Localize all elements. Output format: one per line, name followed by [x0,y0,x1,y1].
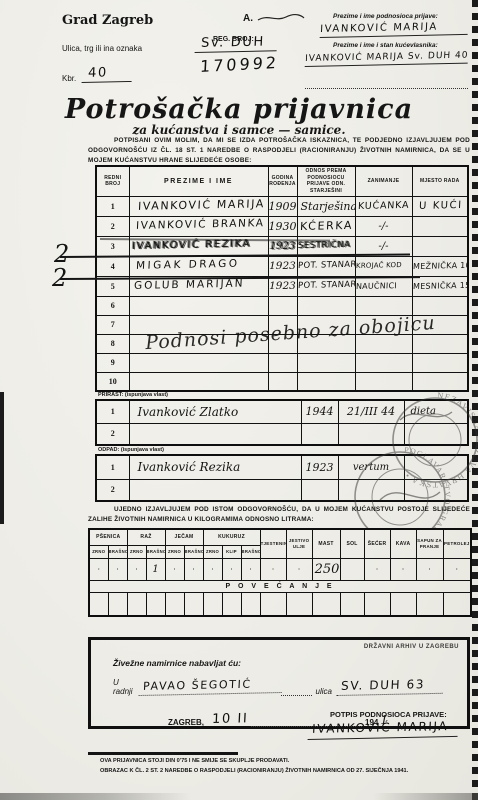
person-year: 1923 [269,241,297,252]
group-raz: RAŽ [127,529,165,545]
applicant-label: Prezime i ime podnosioca prijave: [333,13,438,20]
shop-value: PAVAO ŠEGOTIĆ [138,677,281,696]
person-year: 1923 [269,260,297,272]
val-jecam-zrno: · [165,558,184,580]
supplies-table: PŠENICA RAŽ JEČAM KUKURUZ TJESTENINE JES… [88,528,472,617]
person-name: IVANKOVIĆ BRANKA [129,217,268,232]
archive-stamp-text: DRŽAVNI ARHIV U ZAGREBU [364,644,459,650]
leader-line [281,685,311,696]
col-mast: MAST [312,529,340,558]
street-label: Ulica, trg ili ina oznaka [62,44,142,53]
col-petrolej: PETROLEJ [443,529,471,558]
signature-value: IVANKOVIĆ MARIJA [308,719,459,740]
person-relation: Starješina [298,200,355,213]
person-row-1: 1 IVANKOVIĆ MARIJA 1909 Starješina KUĆAN… [96,196,468,216]
col-rednibroj: REDNI BROJ [96,166,129,196]
person-year: 1923 [269,280,297,292]
person-workplace: MEŽNIČKA 10 [412,260,467,270]
kbr-label: Kbr. [62,74,76,83]
val-kava: · [390,558,416,580]
sub-brasno: BRAŠNO [108,545,127,558]
form-subtitle: za kućanstva i samce — samice. [0,123,478,137]
val-raz-zrno: · [127,558,146,580]
street2-label: ulica [316,687,332,696]
person-occupation: -/- [356,221,412,232]
sub-zrno: ZRNO [127,545,146,558]
person-name: IVANKOVIĆ MARIJA [129,197,268,213]
signature-label: POTPIS PODNOSIOCA PRIJAVE: [330,710,447,719]
row-num: 7 [96,315,129,334]
supplies-values-row: · · · 1 · · · · · · · 250 · · · · [89,558,471,580]
person-row-2: 2 IVANKOVIĆ BRANKA 1930 KĆERKA -/- [96,216,468,236]
footer-rule [88,752,238,755]
fine-print-1: OVA PRIJAVNICA STOJI DIN 0'75 I NE SMIJE… [100,758,470,764]
row-num: 2 [96,479,129,501]
row-num: 1 [96,196,129,216]
row-num: 6 [96,296,129,315]
sub-brasno: BRAŠNO [146,545,165,558]
row-num: 2 [96,423,129,445]
odpad-label: ODPAD: (ispunjava vlast) [98,447,164,454]
val-psenica-zrno: · [89,558,108,580]
col-sol: SOL [340,529,364,558]
val-jestivo-ulje: · [286,558,312,580]
col-prezimeiime: PREZIME I IME [129,166,268,196]
col-kava: KAVA [390,529,416,558]
person-year: 1930 [269,220,297,233]
povecanje-label: P O V E Ć A N J E [89,580,471,592]
person-row-4: 4 MIGAK DRAGO 1923 POT. STANAR KROJAČ KO… [96,256,468,276]
form-title: Potrošačka prijavnica [0,94,478,125]
person-workplace [412,236,468,256]
group-kukuruz: KUKURUZ [203,529,260,545]
street2-value: SV. DUH 63 [337,677,444,696]
odpad-name: Ivanković Rezika [130,460,301,474]
person-occupation: -/- [356,241,412,252]
val-kukuruz-zrno: · [203,558,222,580]
person-relation: KĆERKA [297,218,355,232]
val-psenica-brasno: · [108,558,127,580]
owner-blank-line [305,88,468,89]
col-odnos: ODNOS PREMA PODNOSIOCU PRIJAVE ODN. STAR… [297,166,355,196]
person-name: MIGAK DRAGO [129,257,268,272]
person-relation: POT. STANAR [297,260,354,271]
col-godina: GODINA ROĐENJA [268,166,297,196]
row-num: 4 [96,256,129,276]
row-num: 10 [96,372,129,391]
persons-header-row: REDNI BROJ PREZIME I IME GODINA ROĐENJA … [96,166,468,196]
val-secer: · [364,558,390,580]
col-jestivo-ulje: JESTIVO ULJE [286,529,312,558]
val-raz-brasno: 1 [147,564,165,575]
scanned-form-page: Grad Zagreb Ulica, trg ili ina oznaka Sv… [0,0,478,800]
date-value: 10 II [212,711,249,727]
sub-zrno: ZRNO [89,545,108,558]
reg-broj-value: 170992 [200,53,280,76]
val-mast: 250 [313,562,340,577]
owner-label: Prezime i ime i stan kućevlasnika: [333,42,438,49]
person-occupation: NAUČNICI [355,280,411,290]
row-num: 2 [96,216,129,236]
col-secer: ŠEĆER [364,529,390,558]
owner-value: IVANKOVIĆ MARIJA Sv. DUH 40 [305,51,469,67]
person-workplace: MESNIČKA 15 [412,280,467,290]
val-sol [340,558,364,580]
col-tjestenine: TJESTENINE [260,529,286,558]
val-petrolej: · [443,558,471,580]
shop-label: U radnji [113,678,133,696]
row-num: 8 [96,334,129,353]
supplies-group-header-row: PŠENICA RAŽ JEČAM KUKURUZ TJESTENINE JES… [89,529,471,545]
sub-zrno: ZRNO [203,545,222,558]
prirast-label: PRIRAST: (ispunjava vlast) [98,392,168,399]
declaration-text: POTPISANI OVIM MOLIM, DA MI SE IZDA POTR… [88,136,470,166]
person-occupation: KROJAČ KOD [355,261,411,270]
row-num: 9 [96,353,129,372]
series-letter: A. [243,13,253,24]
col-mjestorada: MJESTO RADA [412,166,468,196]
val-sapun: · [416,558,443,580]
sub-brasno: BRAŠNO [241,545,260,558]
val-kukuruz-brasno: · [241,558,260,580]
povecanje-row: P O V E Ć A N J E [89,580,471,592]
supplies-empty-row [89,592,471,616]
purchase-line: U radnji PAVAO ŠEGOTIĆ ulica SV. DUH 63 [113,678,443,696]
scan-bottom-edge-artifact [0,793,478,800]
person-workplace: U KUĆI [412,199,467,211]
row-num: 1 [96,400,129,423]
sub-brasno: BRAŠNO [184,545,203,558]
col-sapun: SAPUN ZA PRANJE [416,529,443,558]
row-num: 1 [96,455,129,479]
fine-print-2: OBRAZAC K ČL. 2 ST. 2 NAREDBE O RASPODJE… [100,768,470,774]
val-tjestenine: · [260,558,286,580]
purchase-heading: Živežne namirnice nabavljat ću: [113,658,241,668]
person-occupation: KUĆANKA [355,199,412,211]
prirast-name: Ivanković Zlatko [130,405,301,419]
val-jecam-brasno: · [184,558,203,580]
col-zanimanje: ZANIMANJE [355,166,412,196]
pen-squiggle [256,12,306,24]
place-label: ZAGREB, [168,718,204,727]
applicant-value: IVANKOVIĆ MARIJA [320,21,469,38]
city-heading: Grad Zagreb [62,13,153,28]
kbr-value: 40 [82,65,133,83]
person-row-9: 9 [96,353,468,372]
odpad-year: 1923 [302,461,338,474]
person-year: 1909 [269,200,297,213]
sub-zrno: ZRNO [165,545,184,558]
val-kukuruz-klip: · [222,558,241,580]
person-relation: POT. STANAR [297,280,354,291]
person-row-6: 6 [96,296,468,315]
reg-broj-label: REG. BROJ: [213,36,254,43]
supplies-intro: UJEDNO IZJAVLJUJEM POD ISTOM ODGOVORNOŠĆ… [88,505,470,525]
scan-left-edge-artifact [0,392,4,524]
group-jecam: JEČAM [165,529,203,545]
margin-mark-2: 2 [52,264,67,292]
person-workplace [412,216,468,236]
group-psenica: PŠENICA [89,529,127,545]
sub-klip: KLIP [222,545,241,558]
prirast-year: 1944 [302,405,338,418]
